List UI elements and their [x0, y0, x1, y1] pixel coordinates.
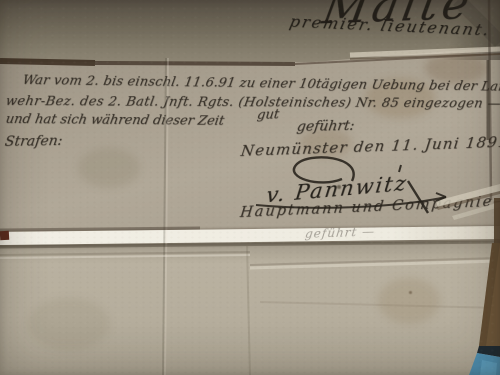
signature-flourish — [294, 157, 428, 213]
creases-stains-overlay — [0, 0, 500, 375]
horizontal-fold-crease — [0, 49, 500, 64]
vertical-fold-crease-right — [458, 0, 500, 200]
red-seal-fragment — [0, 231, 9, 240]
strip-shadow-creases — [0, 228, 500, 375]
vertical-fold-crease-left — [163, 58, 168, 375]
torn-edge-highlight — [436, 184, 500, 220]
cardboard-backdrop — [479, 198, 500, 346]
blue-object-corner — [469, 346, 500, 375]
document-photo: Malte premier. lieutenant. War vom 2. bi… — [0, 0, 500, 375]
